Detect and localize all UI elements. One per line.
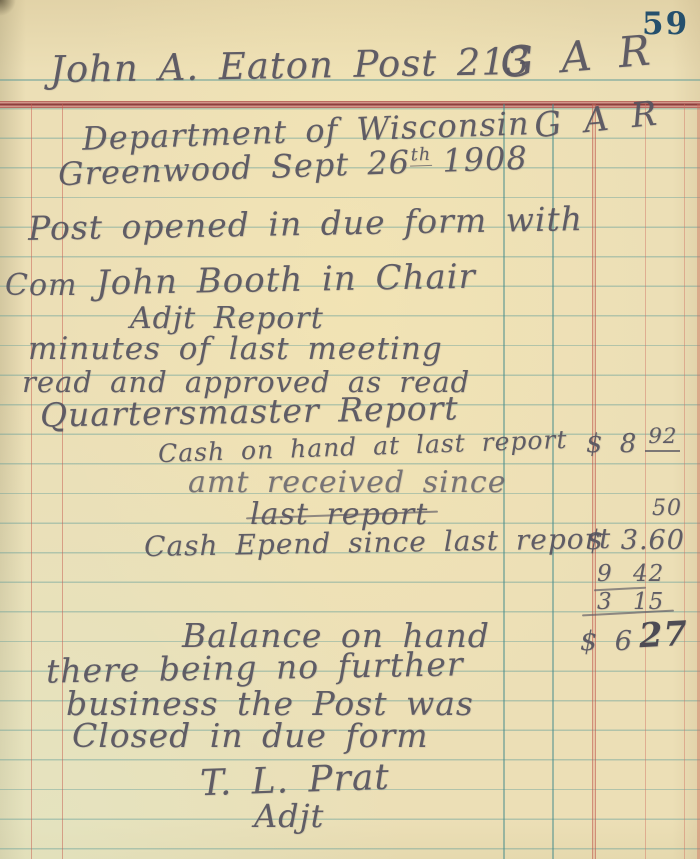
column-line-red-1 xyxy=(645,104,646,859)
date-ordinal-suffix: th xyxy=(409,145,432,167)
ledger-cash-on-hand-amount: $ 892 xyxy=(586,429,680,461)
ledger-balance-amount: $ 627 xyxy=(580,618,688,658)
cash-on-hand-cents: 92 xyxy=(645,424,680,452)
balance-dollars: $ 6 xyxy=(580,626,633,657)
ledger-cash-spent-amount: $ 3.60 xyxy=(586,525,685,556)
post-title: John A. Eaton Post 213 xyxy=(50,40,531,91)
ledger-calc-row-1: 9 42 xyxy=(597,561,664,587)
date-year: 1908 xyxy=(442,139,529,180)
column-line-red-2 xyxy=(684,104,685,859)
line-commander-prefix: Com xyxy=(5,268,77,303)
line-minutes: minutes of last meeting xyxy=(28,331,443,367)
ledger-page: 59 John A. Eaton Post 213 G A R Departme… xyxy=(0,0,700,859)
column-line-red-edge xyxy=(697,104,700,859)
cash-on-hand-dollars: $ 8 xyxy=(586,429,637,459)
closing-line-3: Closed in due form xyxy=(72,716,429,755)
ledger-last-report-cents: 50 xyxy=(652,496,682,521)
balance-cents: 27 xyxy=(638,613,689,656)
column-line-red-double xyxy=(592,104,596,859)
line-quartermaster-report: Quartersmaster Report xyxy=(40,388,459,434)
signature-role: Adjt xyxy=(254,797,324,835)
ledger-amt-received-label: amt received since xyxy=(188,465,506,500)
line-commander-in-chair: John Booth in Chair xyxy=(96,257,477,304)
